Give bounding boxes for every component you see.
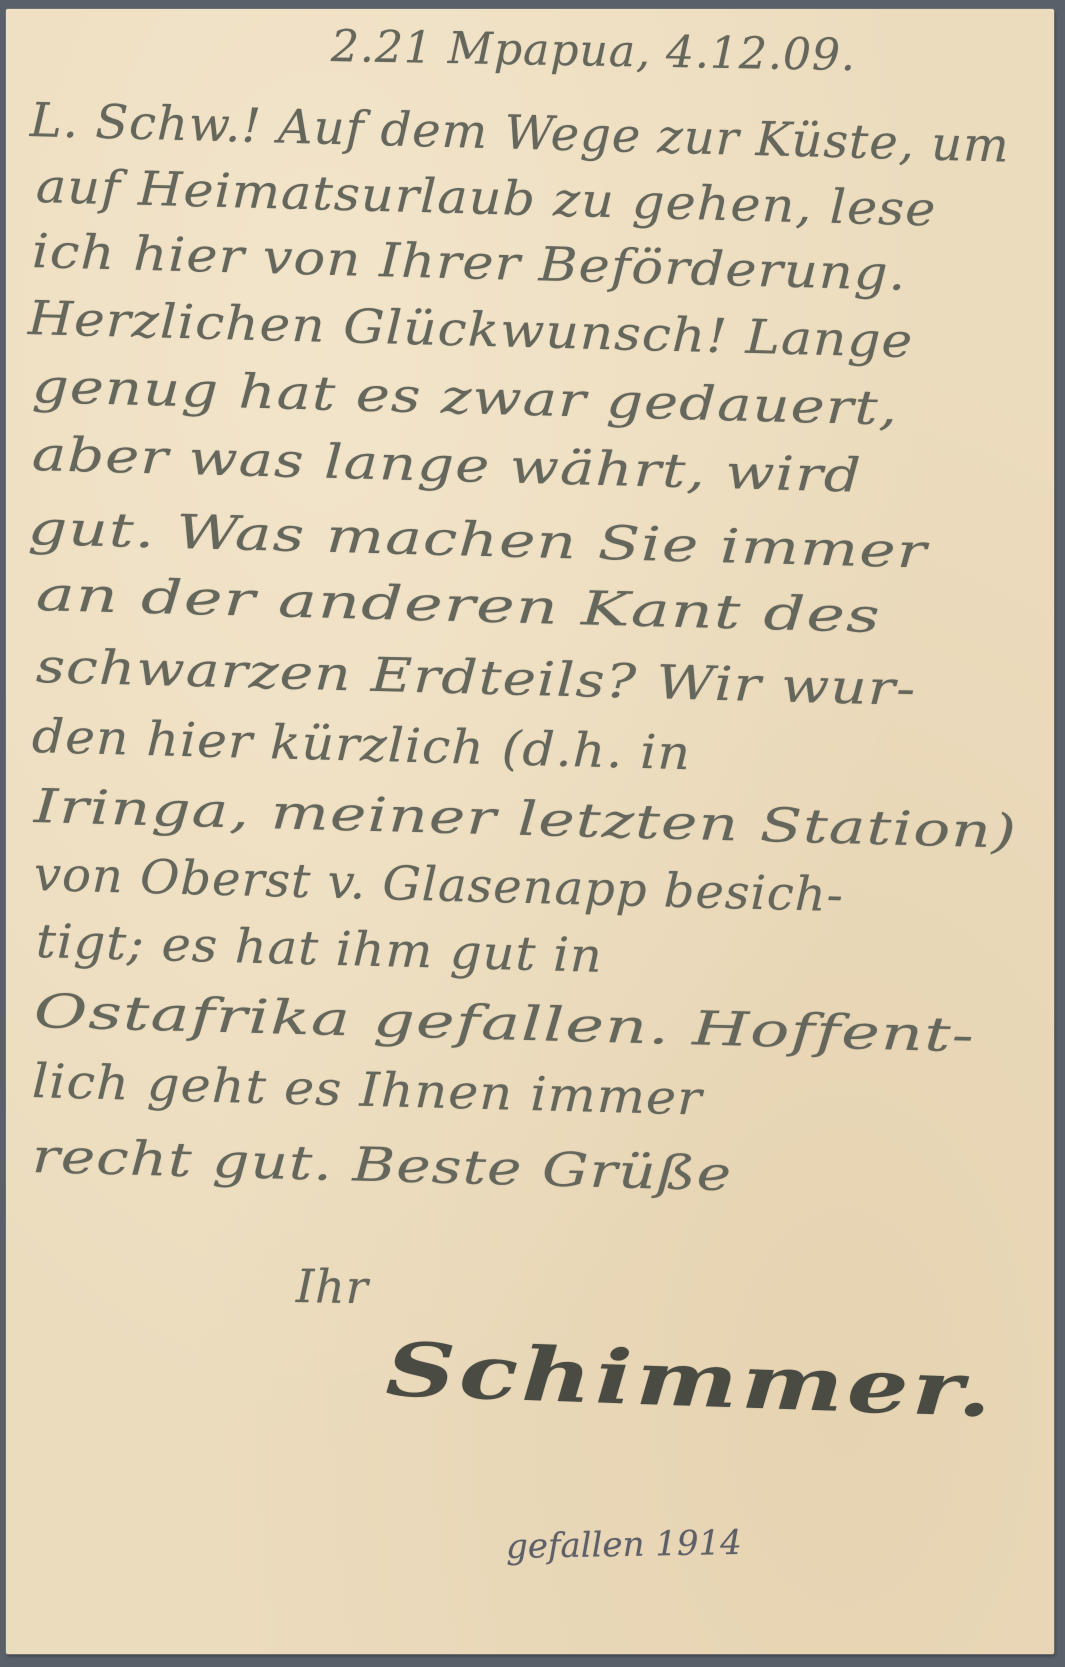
message-line: aber was lange währt, wird (31, 427, 862, 504)
message-line: Iringa, meiner letzten Station) (33, 779, 1018, 860)
message-line: auf Heimatsurlaub zu gehen, lese (35, 159, 937, 238)
message-line: genug hat es zwar gedauert, (31, 359, 899, 437)
message-line: lich geht es Ihnen immer (31, 1054, 703, 1127)
message-line: gut. Was machen Sie immer (27, 501, 928, 580)
message-line: den hier kürzlich (d.h. in (31, 709, 691, 781)
signature: Schimmer. (384, 1327, 996, 1434)
message-line: Herzlichen Glückwunsch! Lange (27, 291, 914, 369)
closing-salutation: Ihr (296, 1259, 370, 1314)
message-line: recht gut. Beste Grüße (31, 1129, 733, 1202)
pencil-annotation: gefallen 1914 (506, 1523, 743, 1567)
postcard-paper: 2.21 Mpapua, 4.12.09. L. Schw.! Auf dem … (6, 9, 1054, 1654)
message-line: tigt; es hat ihm gut in (35, 914, 603, 984)
message-line: schwarzen Erdteils? Wir wur- (35, 639, 917, 717)
message-line: von Oberst v. Glasenapp besich- (33, 847, 844, 923)
message-line: L. Schw.! Auf dem Wege zur Küste, um (29, 93, 1010, 174)
message-line: Ostafrika gefallen. Hoffent- (33, 984, 976, 1064)
place-date-header: 2.21 Mpapua, 4.12.09. (331, 21, 857, 81)
scanned-postcard: 2.21 Mpapua, 4.12.09. L. Schw.! Auf dem … (0, 0, 1065, 1667)
message-line: an der anderen Kant des (35, 567, 881, 644)
message-line: ich hier von Ihrer Beförderung. (31, 224, 907, 302)
